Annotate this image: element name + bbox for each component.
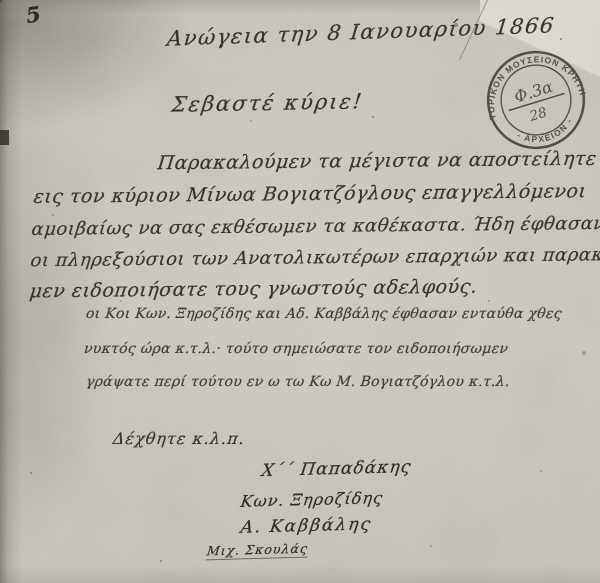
paragraph-1-line: αμοιβαίως να σας εκθέσωμεν τα καθέκαστα.… (30, 213, 600, 240)
paragraph-2-line: γράψατε περί τούτου εν ω τω Κω Μ. Βογιατ… (85, 374, 511, 390)
paragraph-2-line: νυκτός ώρα κ.τ.λ.· τούτο σημειώσατε τον … (83, 341, 509, 357)
paragraph-1-line: μεν ειδοποιήσατε τους γνωστούς αδελφούς. (28, 276, 478, 303)
scanned-letter-page: 5 Ανώγεια την 8 Ιανουαρίου 1866 ΙΣΤΟΡΙΚΟ… (0, 0, 600, 583)
paragraph-2-line: οι Κοι Κων. Ξηροζίδης και Αδ. Καββάλης έ… (85, 306, 563, 322)
dateline: Ανώγεια την 8 Ιανουαρίου 1866 (166, 13, 556, 50)
archive-page-number: 5 (24, 1, 42, 28)
paragraph-1-line: οι πληρεξούσιοι των Ανατολικωτέρων επαρχ… (29, 244, 600, 272)
closing-line: Δέχθητε κ.λ.π. (112, 429, 246, 448)
signature: Κων. Ξηροζίδης (239, 488, 384, 511)
scan-edge-mark (0, 130, 9, 145)
signature: Μιχ. Σκουλάς (206, 541, 309, 561)
stamp-file-number: Φ.3α (512, 77, 555, 107)
signature: Χ΄΄ Παπαδάκης (260, 457, 412, 481)
stamp-item-number: 28 (527, 104, 549, 125)
archive-stamp: ΙΣΤΟΡΙΚΟΝ ΜΟΥΣΕΙΟΝ ΚΡΗΤΗΣ - ΑΡΧΕΙΟΝ - Φ.… (471, 34, 600, 166)
signature: Α. Καββάλης (239, 514, 373, 537)
paragraph-1-line: Παρακαλούμεν τα μέγιστα να αποστείλητε (156, 148, 597, 175)
paragraph-1-line: εις τον κύριον Μίνωα Βογιατζόγλους επαγγ… (32, 180, 587, 208)
salutation: Σεβαστέ κύριε! (170, 89, 365, 116)
paper-specks (0, 0, 2, 2)
